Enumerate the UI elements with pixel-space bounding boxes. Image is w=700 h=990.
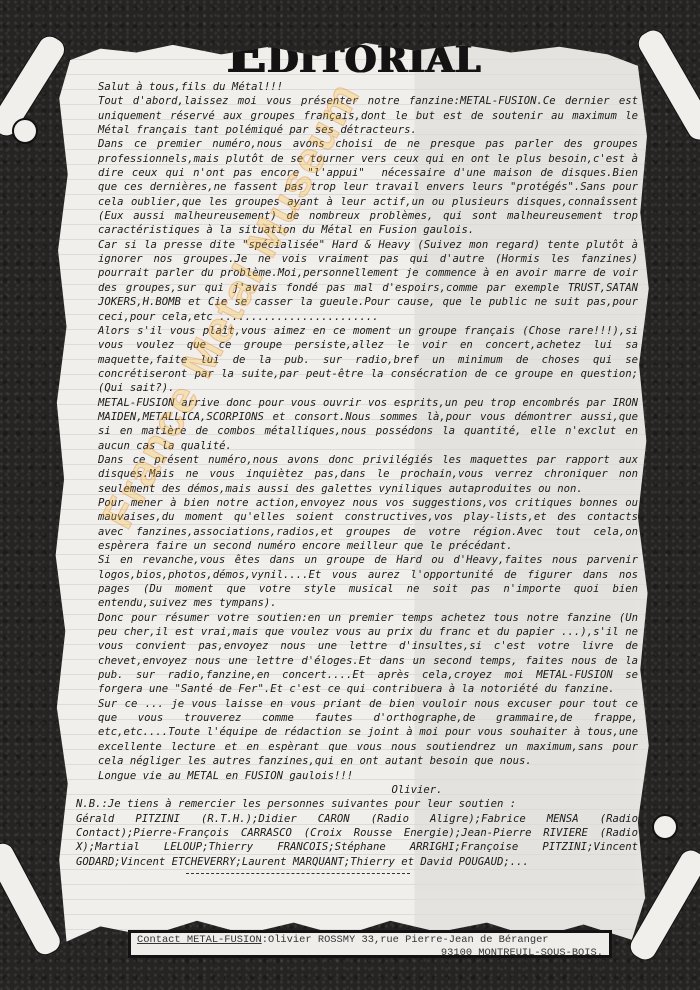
nb-note: N.B.:Je tiens à remercier les personnes … [76,797,638,811]
paragraph: Tout d'abord,laissez moi vous présenter … [76,94,638,137]
greeting: Salut à tous,fils du Métal!!! [76,80,638,94]
scroll-curl-icon [652,814,678,840]
paragraph: Donc pour résumer votre soutien:en un pr… [76,611,638,697]
paragraph: Alors s'il vous plaît,vous aimez en ce m… [76,324,638,396]
scroll-curl-icon [12,118,38,144]
paragraph: Dans ce premier numéro,nous avons choisi… [76,137,638,237]
contact-box: Contact METAL-FUSION:Olivier ROSSMY 33,r… [128,930,612,958]
dashed-divider [186,873,410,874]
editorial-body: Salut à tous,fils du Métal!!! Tout d'abo… [76,80,638,874]
nb-intro: :Je tiens à remercier les personnes suiv… [102,798,517,810]
signature: Olivier. [76,783,638,797]
contact-city: 93100 MONTREUIL-SOUS-BOIS. [137,947,603,960]
paragraph: Dans ce présent numéro,nous avons donc p… [76,453,638,496]
paragraph: METAL-FUSION arrive donc pour vous ouvri… [76,396,638,453]
nb-label: N.B. [76,798,102,810]
thanks-list: Gérald PITZINI (R.T.H.);Didier CARON (Ra… [76,812,638,869]
paragraph: Si en revanche,vous êtes dans un groupe … [76,553,638,610]
paragraph: Car si la presse dite "spécialisée" Hard… [76,238,638,324]
paragraph: Sur ce ... je vous laisse en vous priant… [76,697,638,769]
closing-line: Longue vie au METAL en FUSION gaulois!!! [76,769,638,783]
contact-label: Contact METAL-FUSION [137,934,262,946]
contact-name-street: :Olivier ROSSMY 33,rue Pierre-Jean de Bé… [262,934,549,946]
paragraph: Pour mener à bien notre action,envoyez n… [76,496,638,553]
contact-line-1: Contact METAL-FUSION:Olivier ROSSMY 33,r… [137,934,603,947]
